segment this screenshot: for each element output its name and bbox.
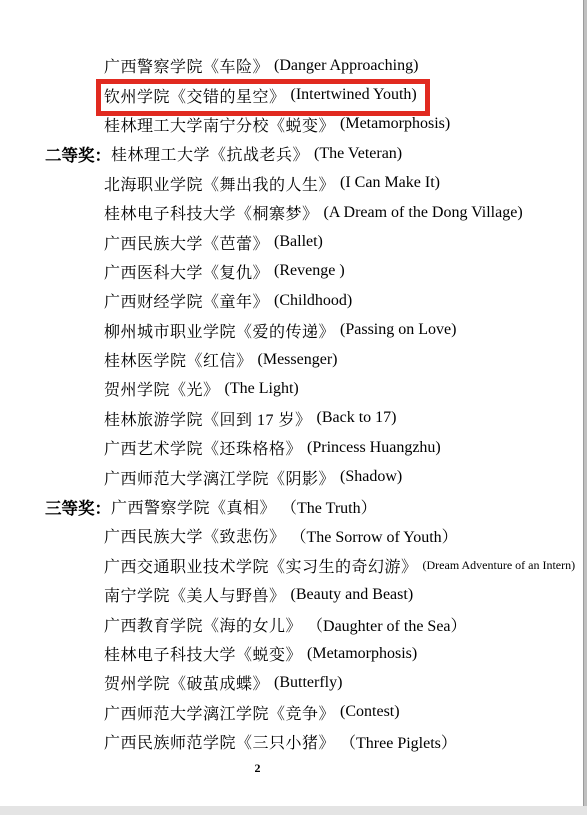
award-tier-row: 二等奖：桂林理工大学《抗战老兵》(The Veteran) — [0, 139, 587, 168]
award-row: 广西师范大学漓江学院《竞争》(Contest) — [0, 698, 587, 727]
award-row: 广西民族师范学院《三只小猪》（Three Piglets） — [0, 727, 587, 756]
entry-chinese-text: 广西教育学院《海的女儿》 — [104, 613, 302, 636]
entry-chinese-text: 桂林旅游学院《回到 17 岁》 — [104, 407, 312, 430]
entry-english-text: (Butterfly) — [274, 674, 342, 692]
entry-chinese-text: 桂林理工大学南宁分校《蜕变》 — [104, 113, 335, 136]
entry-english-text: (Danger Approaching) — [274, 57, 418, 75]
entry-english-text: (Messenger) — [258, 351, 338, 369]
award-row: 广西教育学院《海的女儿》（Daughter of the Sea） — [0, 609, 587, 638]
award-row: 贺州学院《光》(The Light) — [0, 374, 587, 403]
entry-chinese-text: 钦州学院《交错的星空》 — [104, 84, 286, 107]
award-row: 广西民族大学《致悲伤》（The Sorrow of Youth） — [0, 521, 587, 550]
entry-english-text: (A Dream of the Dong Village) — [324, 204, 523, 222]
award-row: 桂林医学院《红信》(Messenger) — [0, 345, 587, 374]
entry-chinese-text: 广西警察学院《真相》 — [111, 495, 276, 518]
award-row: 广西交通职业技术学院《实习生的奇幻游》(Dream Adventure of a… — [0, 551, 587, 580]
award-row: 桂林电子科技大学《蜕变》(Metamorphosis) — [0, 639, 587, 668]
entry-english-text: (Beauty and Beast) — [291, 586, 414, 604]
entry-english-text: (Childhood) — [274, 292, 352, 310]
award-row: 广西艺术学院《还珠格格》(Princess Huangzhu) — [0, 433, 587, 462]
entry-chinese-text: 桂林电子科技大学《蜕变》 — [104, 642, 302, 665]
entry-chinese-text: 南宁学院《美人与野兽》 — [104, 583, 286, 606]
award-row: 北海职业学院《舞出我的人生》(I Can Make It) — [0, 169, 587, 198]
entry-english-text: (Intertwined Youth) — [291, 86, 417, 104]
tier-label: 二等奖： — [45, 142, 111, 166]
entry-chinese-text: 广西师范大学漓江学院《阴影》 — [104, 466, 335, 489]
entry-english-text: (Back to 17) — [317, 409, 397, 427]
award-row: 桂林旅游学院《回到 17 岁》(Back to 17) — [0, 404, 587, 433]
award-row: 桂林电子科技大学《桐寨梦》(A Dream of the Dong Villag… — [0, 198, 587, 227]
award-row: 广西医科大学《复仇》(Revenge ) — [0, 257, 587, 286]
entry-english-text: (Princess Huangzhu) — [307, 439, 441, 457]
award-tier-row: 三等奖：广西警察学院《真相》（The Truth） — [0, 492, 587, 521]
entry-chinese-text: 广西师范大学漓江学院《竞争》 — [104, 701, 335, 724]
entry-chinese-text: 桂林医学院《红信》 — [104, 348, 253, 371]
entry-chinese-text: 柳州城市职业学院《爱的传递》 — [104, 319, 335, 342]
entry-chinese-text: 广西财经学院《童年》 — [104, 289, 269, 312]
entry-english-text: (Metamorphosis) — [340, 115, 450, 133]
award-row: 广西师范大学漓江学院《阴影》(Shadow) — [0, 462, 587, 491]
entry-chinese-text: 广西艺术学院《还珠格格》 — [104, 436, 302, 459]
award-row: 南宁学院《美人与野兽》(Beauty and Beast) — [0, 580, 587, 609]
entry-chinese-text: 广西民族师范学院《三只小猪》 — [104, 730, 335, 753]
award-row: 广西民族大学《芭蕾》(Ballet) — [0, 227, 587, 256]
entry-english-text: (Revenge ) — [274, 262, 345, 280]
entry-english-text: (Ballet) — [274, 233, 323, 251]
tier-label: 三等奖： — [45, 495, 111, 519]
entry-english-text: (The Light) — [225, 380, 299, 398]
entry-english-text: （The Sorrow of Youth） — [291, 524, 458, 547]
entry-english-text: (Metamorphosis) — [307, 645, 417, 663]
entry-chinese-text: 桂林电子科技大学《桐寨梦》 — [104, 201, 319, 224]
page-number: 2 — [45, 761, 470, 776]
entry-english-text: （Three Piglets） — [340, 730, 457, 753]
entry-chinese-text: 广西交通职业技术学院《实习生的奇幻游》 — [104, 554, 418, 577]
entry-chinese-text: 贺州学院《光》 — [104, 377, 220, 400]
entry-chinese-text: 北海职业学院《舞出我的人生》 — [104, 172, 335, 195]
page-edge-right — [583, 0, 587, 806]
entry-chinese-text: 桂林理工大学《抗战老兵》 — [111, 142, 309, 165]
award-row: 广西警察学院《车险》(Danger Approaching) — [0, 51, 587, 80]
entry-english-text: (Contest) — [340, 703, 400, 721]
award-row: 贺州学院《破茧成蝶》(Butterfly) — [0, 668, 587, 697]
entry-english-text: (The Veteran) — [314, 145, 402, 163]
award-row: 钦州学院《交错的星空》(Intertwined Youth) — [0, 80, 587, 109]
page-edge-bottom — [0, 806, 587, 815]
entry-chinese-text: 广西医科大学《复仇》 — [104, 260, 269, 283]
award-row: 桂林理工大学南宁分校《蜕变》(Metamorphosis) — [0, 110, 587, 139]
award-row: 柳州城市职业学院《爱的传递》(Passing on Love) — [0, 316, 587, 345]
document-page: 广西警察学院《车险》(Danger Approaching)钦州学院《交错的星空… — [0, 0, 587, 815]
entry-english-text: （The Truth） — [281, 495, 377, 518]
entry-english-text: （Daughter of the Sea） — [307, 613, 467, 636]
award-row: 广西财经学院《童年》(Childhood) — [0, 286, 587, 315]
entry-english-text: (Dream Adventure of an Intern) — [423, 558, 576, 573]
entry-chinese-text: 广西民族大学《芭蕾》 — [104, 231, 269, 254]
entry-english-text: (Passing on Love) — [340, 321, 456, 339]
entry-english-text: (I Can Make It) — [340, 174, 440, 192]
award-list: 广西警察学院《车险》(Danger Approaching)钦州学院《交错的星空… — [0, 51, 587, 756]
entry-chinese-text: 贺州学院《破茧成蝶》 — [104, 671, 269, 694]
entry-chinese-text: 广西警察学院《车险》 — [104, 54, 269, 77]
entry-chinese-text: 广西民族大学《致悲伤》 — [104, 524, 286, 547]
entry-english-text: (Shadow) — [340, 468, 402, 486]
